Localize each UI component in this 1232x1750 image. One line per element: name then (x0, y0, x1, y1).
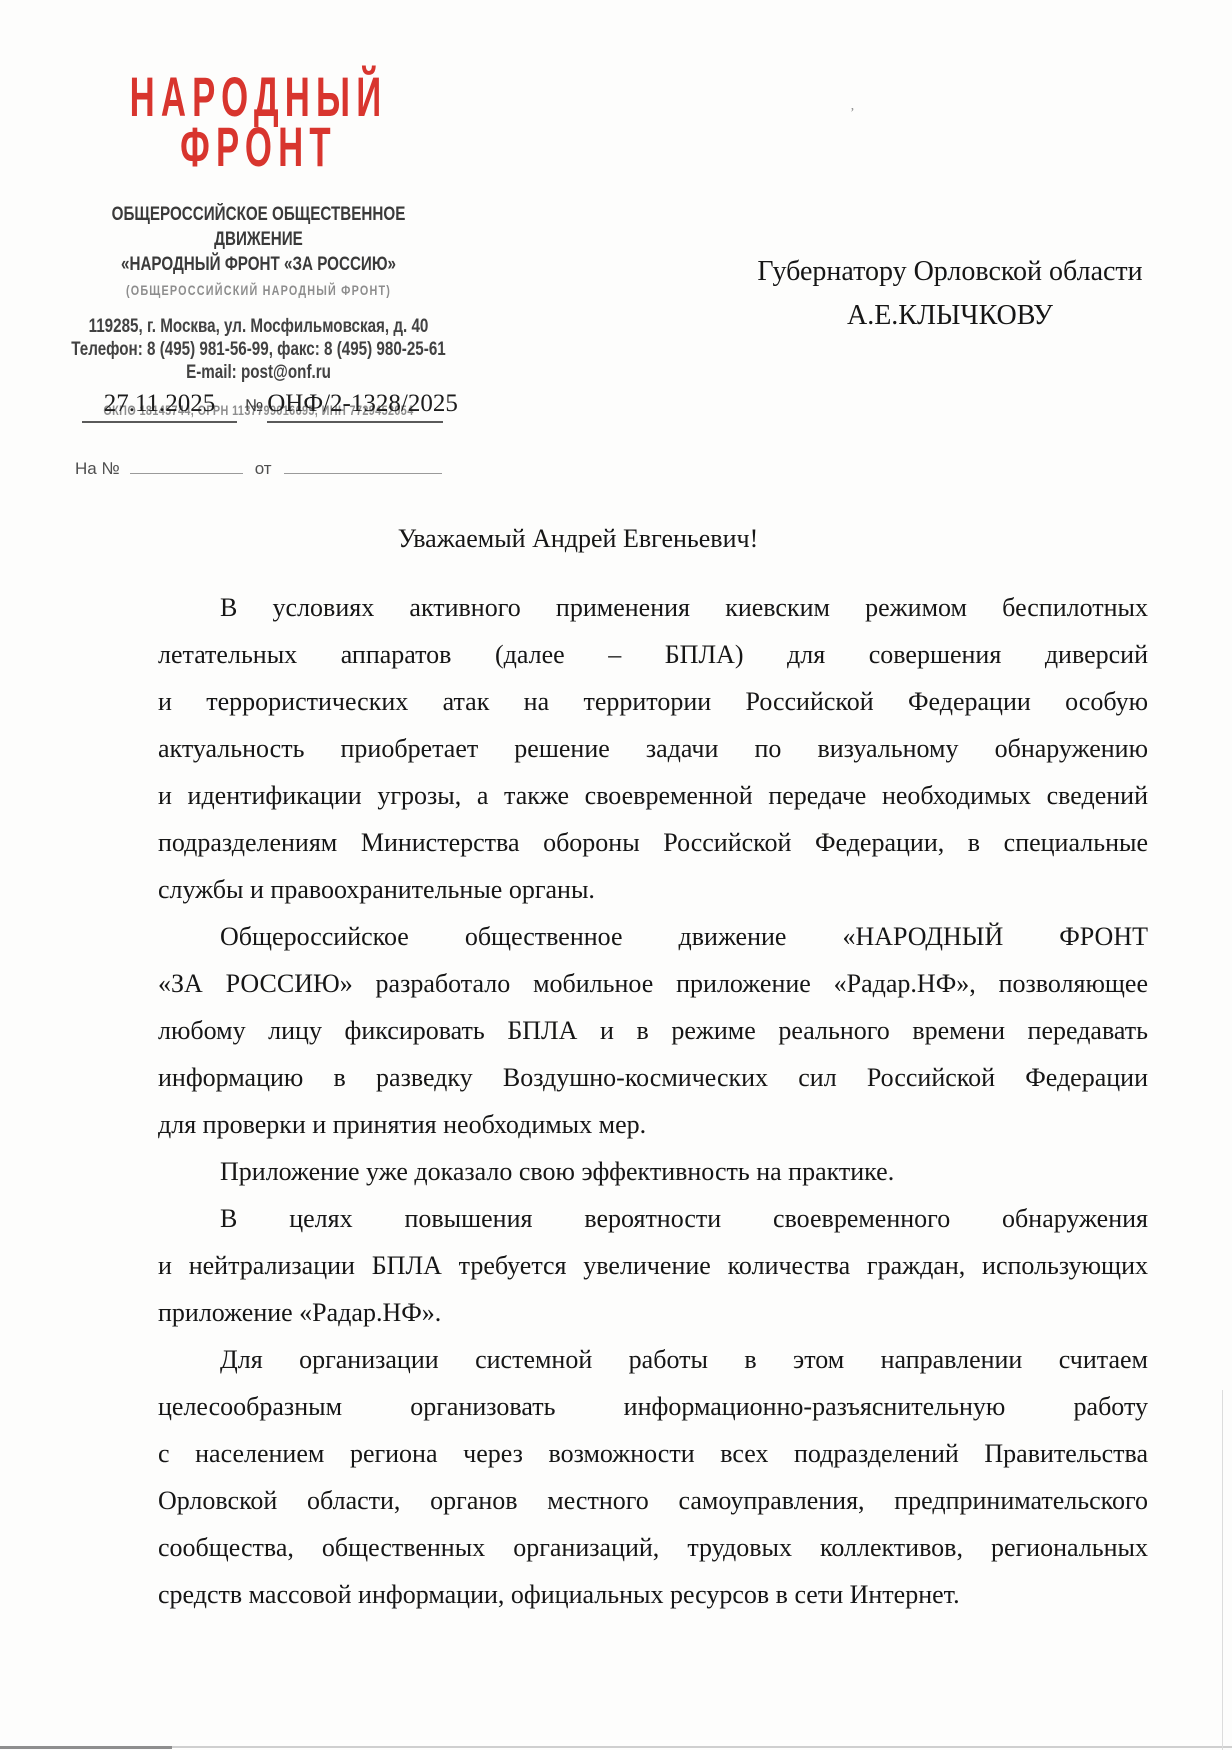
letterhead-text: ОБЩЕРОССИЙСКОЕ ОБЩЕСТВЕННОЕ ДВИЖЕНИЕ «НА… (69, 202, 449, 418)
body-line: сообщества, общественных организаций, тр… (158, 1524, 1148, 1571)
org-alt-name: (ОБЩЕРОССИЙСКИЙ НАРОДНЫЙ ФРОНТ) (69, 283, 449, 298)
body-line: приложение «Радар.НФ». (158, 1289, 1148, 1336)
org-name-line2: «НАРОДНЫЙ ФРОНТ «ЗА РОССИЮ» (69, 252, 449, 277)
logo-text-line2: ФРОНТ (68, 122, 448, 172)
org-email: E-mail: post@onf.ru (69, 361, 449, 384)
letter-page: НАРОДНЫЙ ФРОНТ ОБЩЕРОССИЙСКОЕ ОБЩЕСТВЕНН… (0, 0, 1232, 1750)
body-line: и террористических атак на территории Ро… (158, 678, 1148, 725)
letterhead: НАРОДНЫЙ ФРОНТ ОБЩЕРОССИЙСКОЕ ОБЩЕСТВЕНН… (68, 72, 448, 418)
reply-from-label: от (255, 459, 272, 478)
body-line: Орловской области, органов местного само… (158, 1477, 1148, 1524)
scan-speck: ’ (850, 106, 855, 122)
outgoing-date-field: 27.11.2025 (82, 390, 237, 423)
body-line: подразделениям Министерства обороны Росс… (158, 819, 1148, 866)
body-line: Общероссийское общественное движение «НА… (158, 913, 1148, 960)
org-address: 119285, г. Москва, ул. Мосфильмовская, д… (69, 315, 449, 338)
scan-edge-bottom (0, 1746, 1232, 1748)
recipient-block: Губернатору Орловской области А.Е.КЛЫЧКО… (748, 250, 1152, 338)
body-line: актуальность приобретает решение задачи … (158, 725, 1148, 772)
body-line: для проверки и принятия необходимых мер. (158, 1101, 1148, 1148)
salutation: Уважаемый Андрей Евгеньевич! (158, 518, 998, 560)
body-line: и идентификации угрозы, а также своеврем… (158, 772, 1148, 819)
body-line: летательных аппаратов (далее – БПЛА) для… (158, 631, 1148, 678)
outgoing-number-field: ОНФ/2-1328/2025 (267, 390, 443, 423)
reply-prefix-label: На № (75, 459, 120, 478)
body-line: Для организации системной работы в этом … (158, 1336, 1148, 1383)
outgoing-date: 27.11.2025 (104, 390, 216, 417)
org-name-line1: ОБЩЕРОССИЙСКОЕ ОБЩЕСТВЕННОЕ ДВИЖЕНИЕ (69, 202, 449, 252)
body-line: и нейтрализации БПЛА требуется увеличени… (158, 1242, 1148, 1289)
outgoing-number: ОНФ/2-1328/2025 (267, 390, 458, 417)
body-line: В целях повышения вероятности своевремен… (158, 1195, 1148, 1242)
body-line: средств массовой информации, официальных… (158, 1571, 1148, 1618)
body-line: Приложение уже доказало свою эффективнос… (158, 1148, 1148, 1195)
org-phone-fax: Телефон: 8 (495) 981-56-99, факс: 8 (495… (69, 338, 449, 361)
body-line: В условиях активного применения киевским… (158, 584, 1148, 631)
letter-body: Уважаемый Андрей Евгеньевич! В условиях … (158, 518, 1148, 1618)
outgoing-reference-row: 27.11.2025№ОНФ/2-1328/2025 (82, 390, 443, 423)
body-line: с населением региона через возможности в… (158, 1430, 1148, 1477)
reply-date-blank (284, 458, 442, 474)
number-sign: № (245, 396, 263, 415)
recipient-name: А.Е.КЛЫЧКОВУ (748, 294, 1152, 338)
reply-number-blank (130, 458, 243, 474)
body-line: службы и правоохранительные органы. (158, 866, 1148, 913)
recipient-title: Губернатору Орловской области (748, 250, 1152, 294)
scan-edge-corner (0, 1746, 172, 1749)
body-line: целесообразным организовать информационн… (158, 1383, 1148, 1430)
scan-edge-right (1222, 1390, 1223, 1750)
body-line: любому лицу фиксировать БПЛА и в режиме … (158, 1007, 1148, 1054)
org-logo: НАРОДНЫЙ ФРОНТ (68, 72, 448, 172)
body-line: информацию в разведку Воздушно-космическ… (158, 1054, 1148, 1101)
body-line: «ЗА РОССИЮ» разработало мобильное прилож… (158, 960, 1148, 1007)
reply-reference-row: На №от (75, 458, 442, 479)
